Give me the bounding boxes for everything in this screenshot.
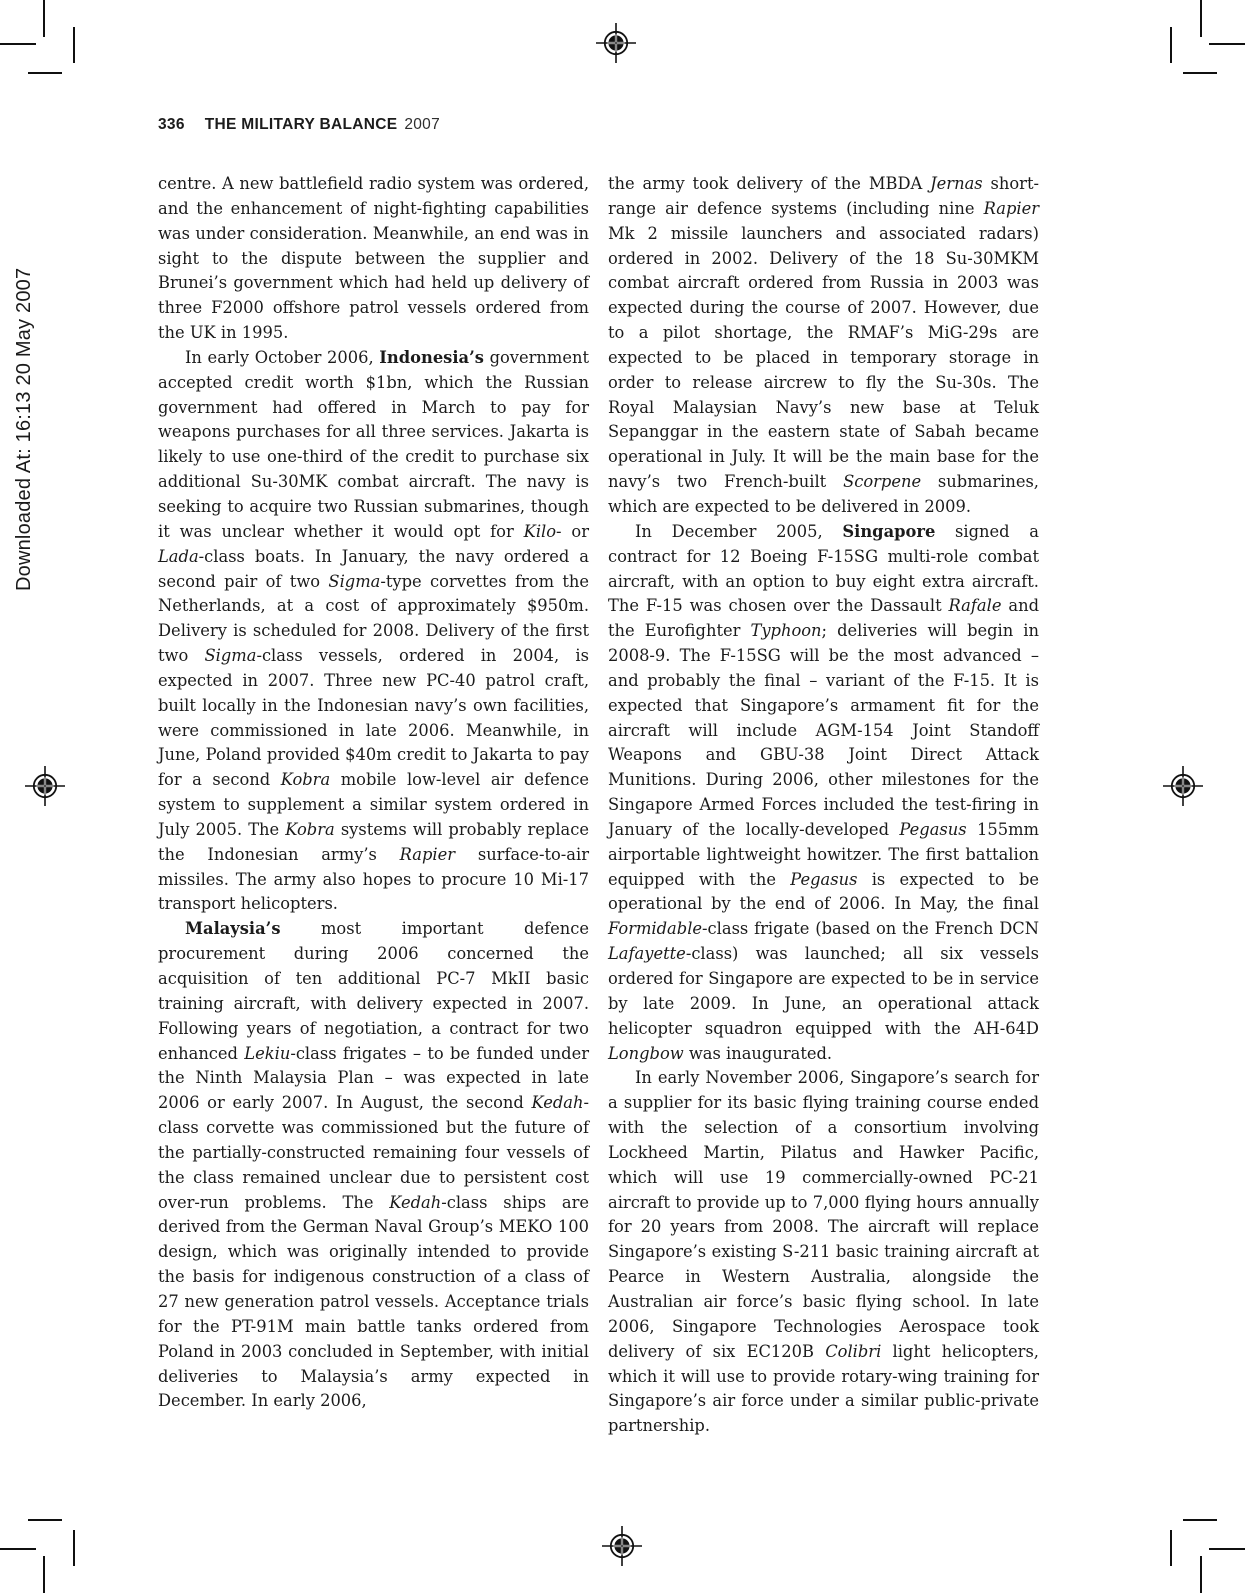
left-column: centre. A new battlefield radio system w…: [158, 172, 589, 1414]
registration-target-icon: [25, 766, 65, 806]
paragraph: In December 2005, Singapore signed a con…: [608, 520, 1039, 1067]
registration-target-icon: [1163, 766, 1203, 806]
page-number: 336: [158, 116, 185, 133]
registration-target-icon: [596, 23, 636, 63]
paragraph: the army took delivery of the MBDA Jerna…: [608, 172, 1039, 520]
crop-mark-icon: [73, 27, 75, 63]
crop-mark-icon: [1183, 72, 1217, 74]
crop-mark-icon: [73, 1530, 75, 1566]
crop-mark-icon: [1170, 1530, 1172, 1566]
crop-mark-icon: [1200, 0, 1202, 37]
book-title: THE MILITARY BALANCE: [205, 116, 398, 133]
scanned-book-page: Downloaded At: 16:13 20 May 2007 336THE …: [0, 0, 1245, 1593]
crop-mark-icon: [28, 1519, 62, 1521]
registration-target-icon: [602, 1526, 642, 1566]
crop-mark-icon: [1183, 1519, 1217, 1521]
crop-mark-icon: [1209, 43, 1245, 45]
crop-mark-icon: [1209, 1548, 1245, 1550]
paragraph: centre. A new battlefield radio system w…: [158, 172, 589, 346]
download-watermark: Downloaded At: 16:13 20 May 2007: [13, 268, 36, 591]
crop-mark-icon: [28, 72, 62, 74]
paragraph: In early November 2006, Singapore’s sear…: [608, 1066, 1039, 1439]
crop-mark-icon: [43, 0, 45, 37]
crop-mark-icon: [0, 1548, 36, 1550]
crop-mark-icon: [43, 1556, 45, 1593]
crop-mark-icon: [0, 43, 36, 45]
paragraph: In early October 2006, Indonesia’s gover…: [158, 346, 589, 917]
paragraph: Malaysia’s most important defence procur…: [158, 917, 589, 1414]
crop-mark-icon: [1200, 1556, 1202, 1593]
edition-year: 2007: [404, 116, 440, 133]
crop-mark-icon: [1170, 27, 1172, 63]
right-column: the army took delivery of the MBDA Jerna…: [608, 172, 1039, 1439]
running-header: 336THE MILITARY BALANCE2007: [158, 116, 440, 134]
